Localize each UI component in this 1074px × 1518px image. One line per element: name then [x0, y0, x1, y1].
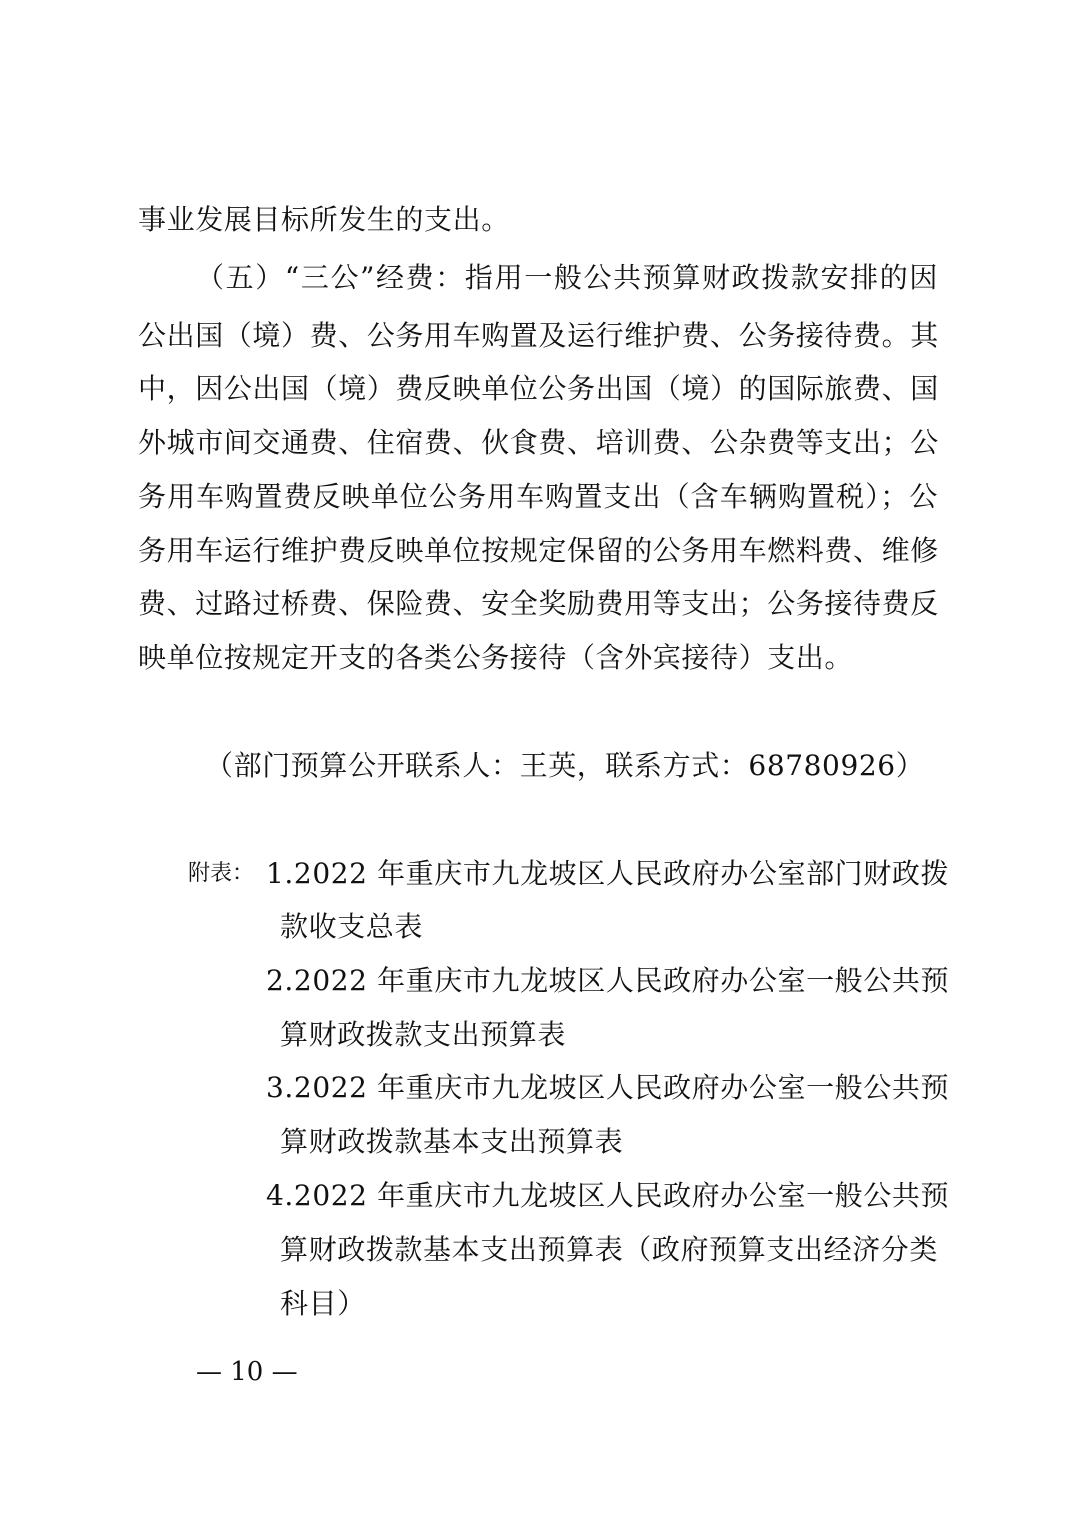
- attachment-4-line-2: 算财政拨款基本支出预算表（政府预算支出经济分类: [280, 1230, 938, 1270]
- body-line-4: 中，因公出国（境）费反映单位公务出国（境）的国际旅费、国: [138, 369, 938, 409]
- attachments-label: 附表：: [188, 854, 254, 894]
- attachment-4-line-1: 4.2022 年重庆市九龙坡区人民政府办公室一般公共预: [266, 1176, 938, 1216]
- attachment-2-line-2: 算财政拨款支出预算表: [280, 1015, 566, 1055]
- body-line-5: 外城市间交通费、住宿费、伙食费、培训费、公杂费等支出；公: [138, 423, 938, 463]
- attachment-3-line-1: 3.2022 年重庆市九龙坡区人民政府办公室一般公共预: [266, 1068, 938, 1108]
- attachment-2-line-1: 2.2022 年重庆市九龙坡区人民政府办公室一般公共预: [266, 961, 938, 1001]
- document-page: 事业发展目标所发生的支出。 （五）“三公”经费：指用一般公共预算财政拨款安排的因…: [0, 0, 1074, 1518]
- body-line-8: 费、过路过桥费、保险费、安全奖励费用等支出；公务接待费反: [138, 584, 938, 624]
- body-line-7: 务用车运行维护费反映单位按规定保留的公务用车燃料费、维修: [138, 531, 938, 571]
- body-line-1: 事业发展目标所发生的支出。: [138, 200, 938, 240]
- body-line-2: （五）“三公”经费：指用一般公共预算财政拨款安排的因: [196, 258, 938, 298]
- body-line-3: 公出国（境）费、公务用车购置及运行维护费、公务接待费。其: [138, 316, 938, 356]
- body-line-9: 映单位按规定开支的各类公务接待（含外宾接待）支出。: [138, 638, 938, 678]
- attachment-1-line-2: 款收支总表: [280, 907, 423, 947]
- page-number: — 10 —: [196, 1352, 298, 1392]
- attachment-1-line-1: 1.2022 年重庆市九龙坡区人民政府办公室部门财政拨: [266, 854, 938, 894]
- body-line-6: 务用车购置费反映单位公务用车购置支出（含车辆购置税）；公: [138, 477, 938, 517]
- attachment-4-line-3: 科目）: [280, 1284, 366, 1324]
- contact-info: （部门预算公开联系人：王英，联系方式：68780926）: [205, 746, 924, 786]
- attachment-3-line-2: 算财政拨款基本支出预算表: [280, 1122, 623, 1162]
